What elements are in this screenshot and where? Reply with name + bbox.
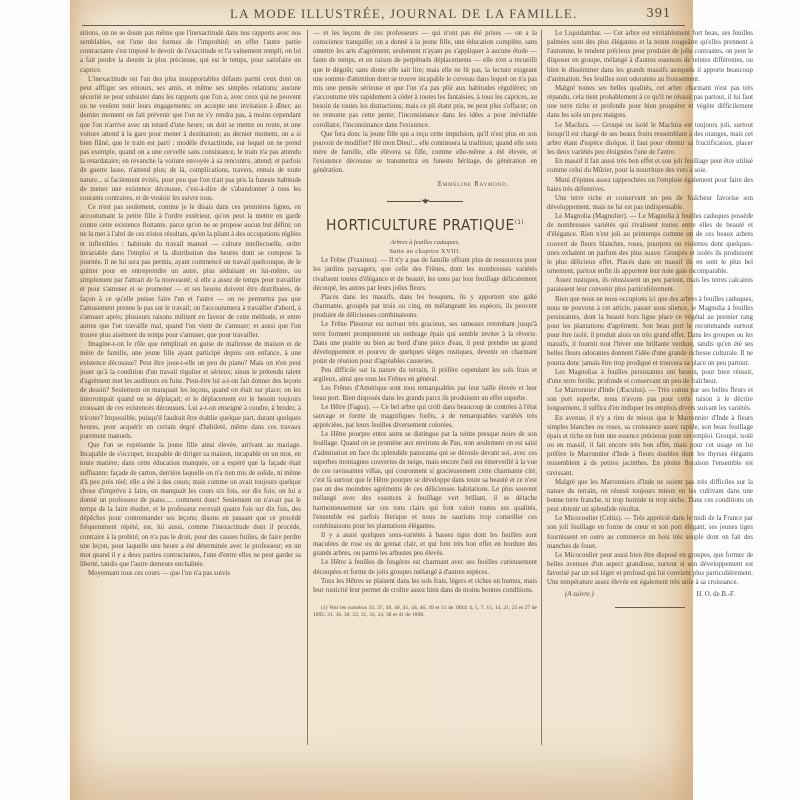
paragraph: Le Micocoulier peut aussi bien être disp… — [547, 551, 753, 588]
paragraph: Les Magnolias à feuilles persistantes on… — [547, 368, 753, 386]
paragraph: Imagine-t-on le rôle que remplirait en g… — [80, 340, 301, 441]
paragraph: Malgré que les Marronniers d'Inde ne soi… — [547, 478, 753, 515]
paragraph: L'inexactitude est l'un des plus insuppo… — [80, 75, 301, 203]
paragraph: Le Magnolia (Magnolier). — Le Magnolia à… — [547, 212, 753, 276]
paragraph: Ce n'est pas seulement, comme je le disa… — [80, 203, 301, 340]
tail-ornament — [547, 602, 753, 611]
page-number: 391 — [646, 6, 671, 20]
section-title: HORTICULTURE PRATIQUE(1) — [313, 214, 537, 234]
paragraph: Le Micocoulier (Celtis). — Très apprécié… — [547, 514, 753, 551]
paragraph: Moyennant tous ces cours — que l'on n'a … — [80, 569, 301, 578]
header-rule — [82, 25, 685, 26]
paragraph: Le Frêne (Fraxinus). — Il n'y a pas de f… — [313, 256, 537, 293]
paragraph: Muni d'épines assez rapprochées on l'emp… — [547, 176, 753, 194]
section-title-text: HORTICULTURE PRATIQUE — [326, 216, 515, 234]
footnote: (1) Voir les numéros 35, 37, 38, 40, 41,… — [313, 605, 537, 619]
column-middle: — et les leçons de ces professeurs — qui… — [313, 29, 537, 759]
journal-title: LA MODE ILLUSTRÉE, JOURNAL DE LA FAMILLE… — [230, 6, 577, 22]
paragraph: Peu difficile sur la nature du terrain, … — [313, 366, 537, 384]
paragraph: Le Frêne Pleureur est surtout très graci… — [313, 320, 537, 366]
author-signature: Emmeline Raymond. — [313, 180, 537, 189]
paragraph: Le Hêtre (Fagus). — Ce bel arbre qui cro… — [313, 403, 537, 430]
paragraph: Le Liquidambar. — Cet arbre est véritabl… — [547, 29, 753, 84]
author-initials: H. O. de B.-F. — [696, 590, 735, 599]
paragraph: Tous les Hêtres se plaisent dans les sol… — [313, 577, 537, 595]
paragraph: En massif il fait aussi très bon effet e… — [547, 157, 753, 175]
column-divider — [307, 30, 308, 745]
paragraph: Les Frênes d'Amérique sont tous remarqua… — [313, 384, 537, 402]
paragraph: — et les leçons de ces professeurs — qui… — [313, 29, 537, 130]
section-continuation: Suite au chapitre XVIII. — [313, 247, 537, 256]
paragraph: En avenue, il n'y a rien de mieux que le… — [547, 414, 753, 478]
column-right: Le Liquidambar. — Cet arbre est véritabl… — [547, 29, 753, 759]
paragraph: Le Marronnier d'Inde (Æsculus). — Très c… — [547, 386, 753, 413]
paragraph: Le Hêtre pourpre entre autre se distingu… — [313, 430, 537, 531]
paragraph: Que fera donc la jeune fille qui a reçu … — [313, 130, 537, 176]
to-be-continued: (A suivre.) — [565, 590, 594, 599]
paragraph: Le Hêtre à feuilles de fougères est char… — [313, 558, 537, 576]
paragraph: Que l'on se représente la jeune fille ai… — [80, 441, 301, 569]
paragraph: Malgré toutes ses belles qualités, cet a… — [547, 84, 753, 121]
article-end: (A suivre.) H. O. de B.-F. — [547, 590, 753, 599]
paragraph: Bien que nous ne nous occupions ici que … — [547, 295, 753, 368]
footnote-mark: (1) — [515, 219, 524, 226]
paragraph: Assez rustiques, ils réussissent un peu … — [547, 276, 753, 294]
paragraph: Il y a aussi quelques sous-variétés à ba… — [313, 531, 537, 558]
paragraph: sitions, on ne se doute pas même que l'i… — [80, 29, 301, 75]
section-subtitle: Arbres à feuilles caduques. — [313, 238, 537, 247]
paragraph: Placés dans les massifs, dans les bosque… — [313, 293, 537, 320]
section-ornament: •◆• — [313, 197, 537, 206]
paragraph: Une terre riche et conservant un peu de … — [547, 194, 753, 212]
paragraph: Le Maclura. — Groupé ou isolé le Maclura… — [547, 121, 753, 158]
column-divider — [541, 30, 542, 745]
column-left: sitions, on ne se doute pas même que l'i… — [80, 29, 301, 759]
running-header: LA MODE ILLUSTRÉE, JOURNAL DE LA FAMILLE… — [80, 6, 683, 24]
newspaper-page: LA MODE ILLUSTRÉE, JOURNAL DE LA FAMILLE… — [70, 0, 693, 800]
